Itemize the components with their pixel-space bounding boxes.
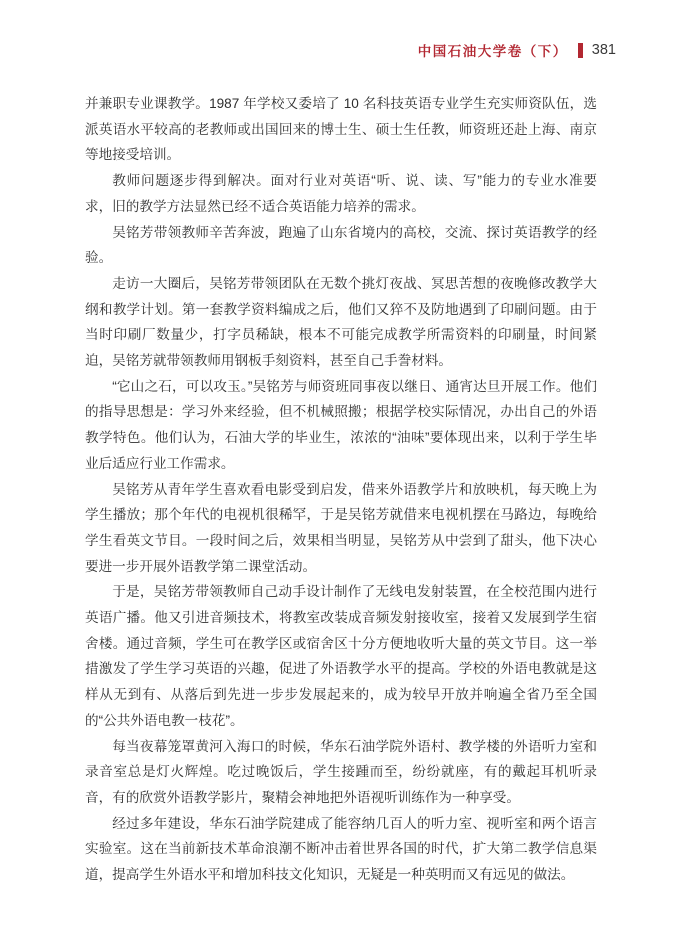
running-header: 中国石油大学卷（下） 381 [418,40,616,60]
document-body: 并兼职专业课教学。1987 年学校又委培了 10 名科技英语专业学生充实师资队伍… [85,91,597,888]
paragraph: 走访一大圈后，吴铭芳带领团队在无数个挑灯夜战、冥思苦想的夜晚修改教学大纲和教学计… [85,271,597,374]
paragraph: 吴铭芳从青年学生喜欢看电影受到启发，借来外语教学片和放映机，每天晚上为学生播放；… [85,477,597,580]
book-title: 中国石油大学卷（下） [418,40,568,60]
paragraph: 每当夜幕笼罩黄河入海口的时候，华东石油学院外语村、教学楼的外语听力室和录音室总是… [85,734,597,811]
page-number: 381 [592,42,616,58]
paragraph: 于是，吴铭芳带领教师自己动手设计制作了无线电发射装置，在全校范围内进行英语广播。… [85,579,597,733]
paragraph: 经过多年建设，华东石油学院建成了能容纳几百人的听力室、视听室和两个语言实验室。这… [85,811,597,888]
page-number-bar [578,43,583,58]
paragraph: “它山之石，可以攻玉。”吴铭芳与师资班同事夜以继日、通宵达旦开展工作。他们的指导… [85,374,597,477]
paragraph: 教师问题逐步得到解决。面对行业对英语“听、说、读、写”能力的专业水准要求，旧的教… [85,168,597,219]
book-page: 中国石油大学卷（下） 381 并兼职专业课教学。1987 年学校又委培了 10 … [0,0,680,945]
paragraph: 并兼职专业课教学。1987 年学校又委培了 10 名科技英语专业学生充实师资队伍… [85,91,597,168]
paragraph: 吴铭芳带领教师辛苦奔波，跑遍了山东省境内的高校，交流、探讨英语教学的经验。 [85,220,597,271]
